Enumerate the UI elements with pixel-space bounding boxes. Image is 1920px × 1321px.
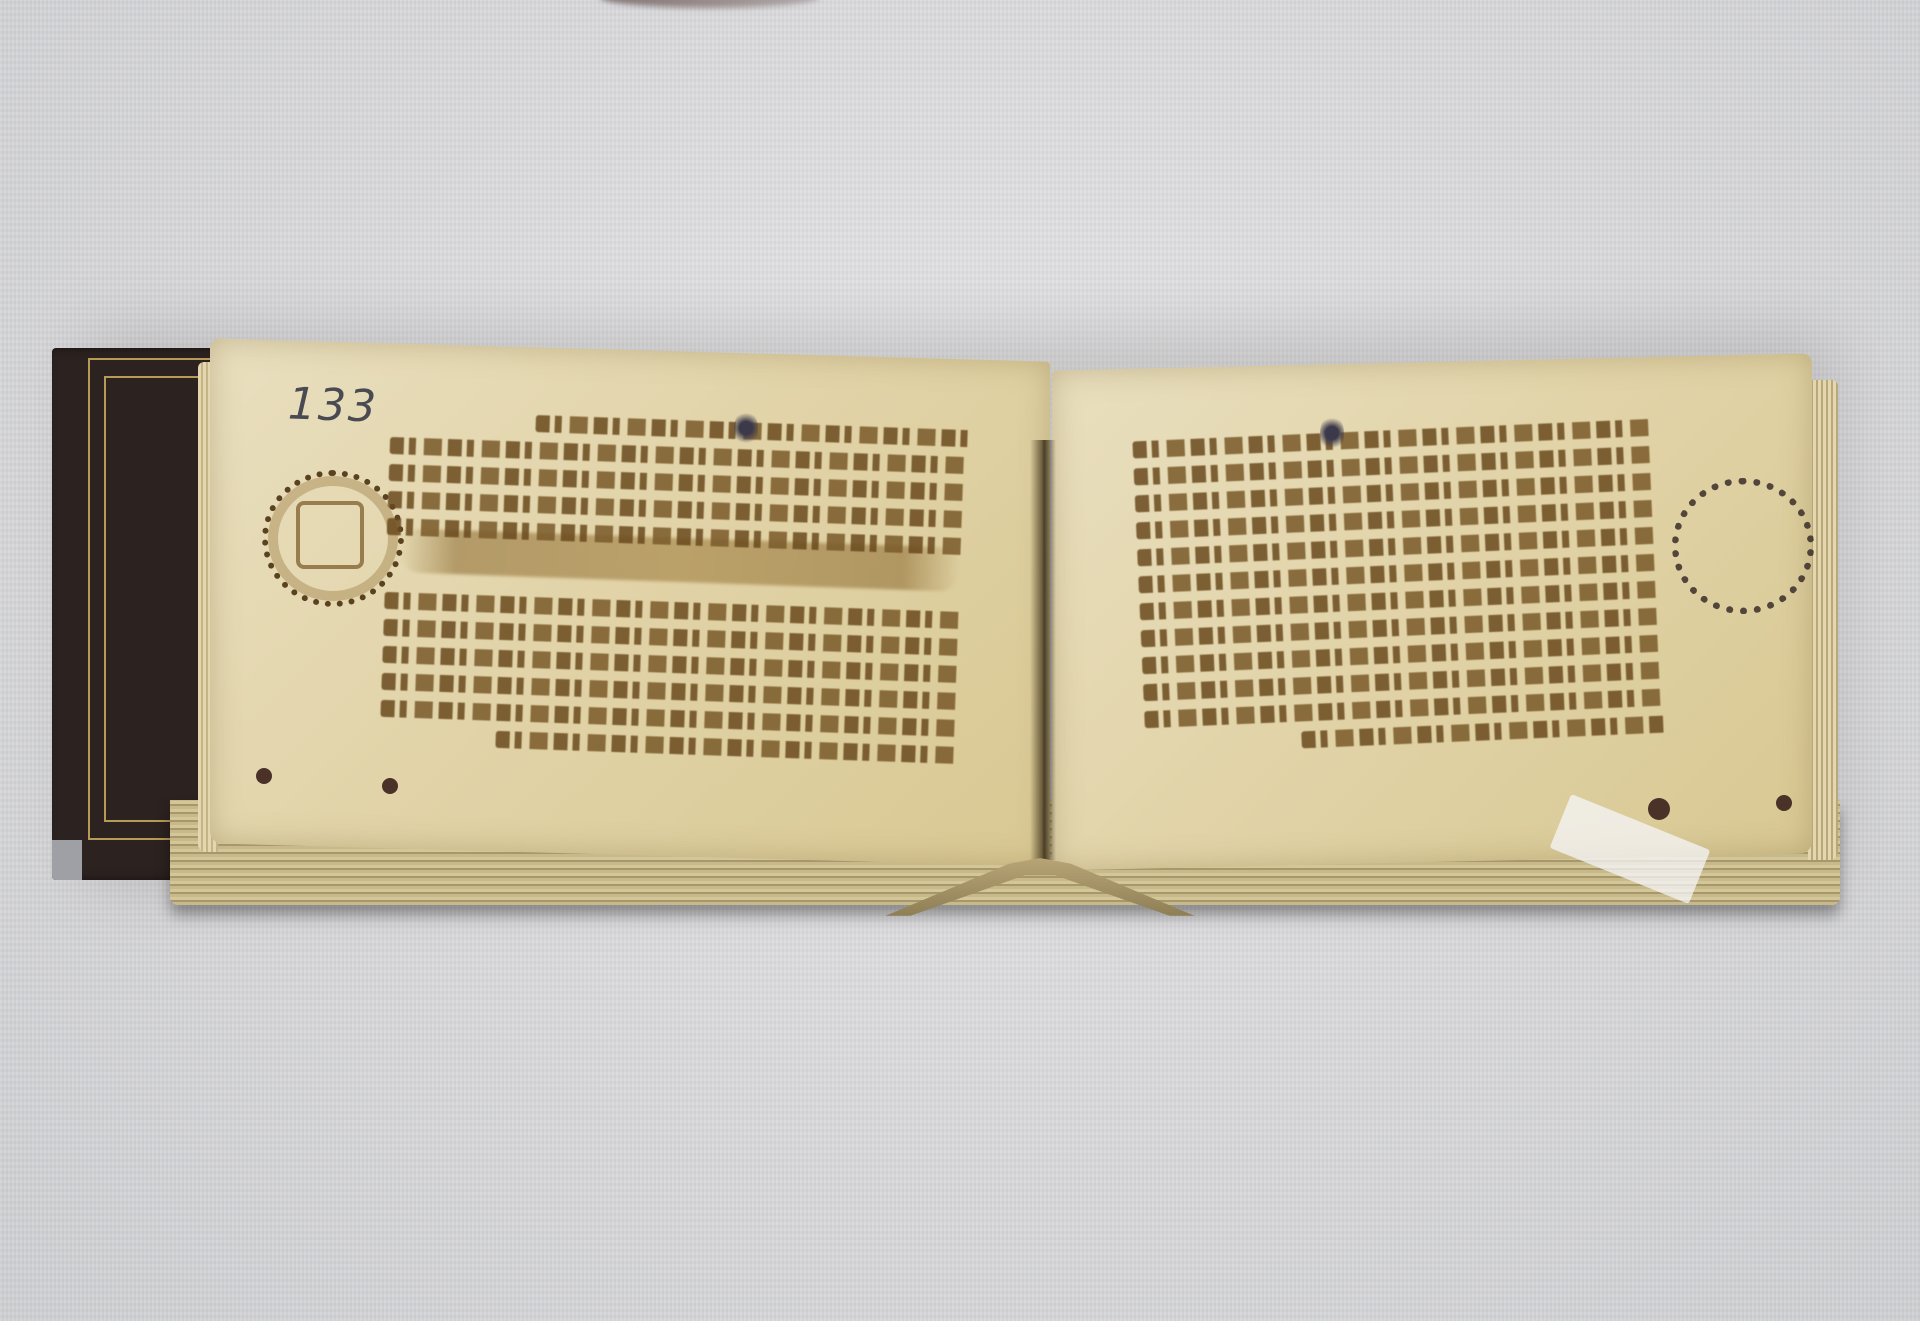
ink-stain [382, 778, 398, 794]
verse-marker-icon [1320, 415, 1344, 451]
dotted-circle-ornament-icon [1672, 478, 1814, 614]
rosette-medallion-icon [262, 470, 404, 607]
verse-marker-icon [734, 410, 758, 446]
cover-corner [52, 840, 82, 880]
ink-stain [1648, 798, 1670, 820]
ink-stain [1776, 795, 1792, 811]
right-page-text [1132, 419, 1667, 801]
page-stack-right [1808, 380, 1838, 860]
folio-number: 133 [287, 378, 379, 432]
left-page-text [379, 410, 971, 770]
book-gutter [1030, 440, 1056, 860]
ink-stain [256, 768, 272, 784]
